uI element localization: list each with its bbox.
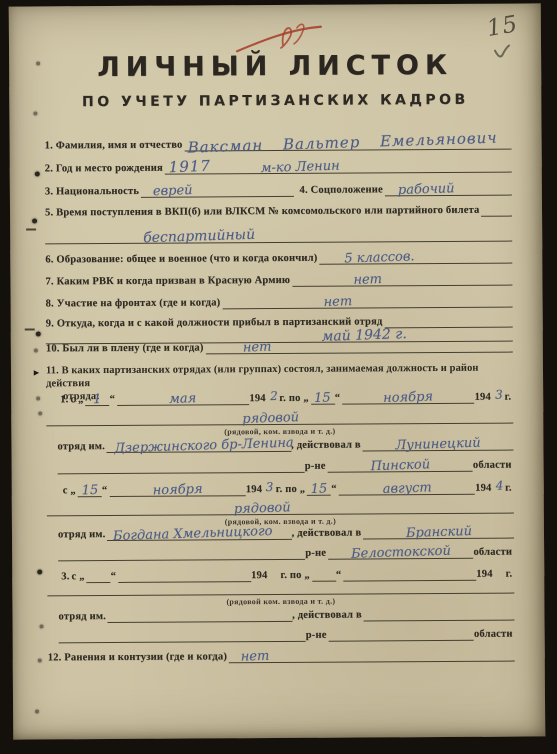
field-education: 6. Образование: общее и военное (что и к… [45,250,512,267]
field-birth: 2. Год и место рождения 1917 м-ко Ленин [45,159,512,176]
field-rvk-label: 7. Каким РВК и когда призван в Красную А… [45,275,292,288]
blank-line: нет [229,649,515,664]
field-party: 5. Время поступления в ВКП(б) или ВЛКСМ … [45,203,512,220]
handwritten-to-day: 15 [311,482,328,496]
blank-line [329,640,474,642]
handwritten-rvk: нет [354,273,383,287]
blank-line [364,620,515,622]
punch-hole [34,348,38,352]
handwritten-role: рядовой [233,501,290,516]
handwritten-to-year-digit: 4 [495,480,503,492]
punch-hole [36,331,41,336]
handwritten-unit: Дзержинского бр-Ленина [114,437,294,456]
margin-arrow-mark: ► [32,367,41,377]
blank-line: ноября [109,483,246,497]
field-social-label: 4. Соцположение [300,185,385,197]
blank-line: Бранский [363,526,514,540]
blank-line: беспартийный [45,228,512,245]
handwritten-to-year-digit: 3 [495,389,503,401]
handwritten-from-year-digit: 3 [266,481,274,493]
year-printed: 194 [249,394,267,406]
margin-dash-mark [26,228,36,230]
district-label: р-не [305,548,328,560]
handwritten-to-month: ноября [383,390,433,405]
handwritten-wounds: нет [240,650,269,664]
district-label: р-не [305,461,328,473]
role-caption: (рядовой ком. взвода и т. д.) [47,596,514,608]
field-fullname-label: 1. Фамилия, имя и отчество [45,140,185,152]
blank-line [59,641,306,644]
handwritten-district: Белостокской [351,545,451,561]
handwritten-to-day: 15 [314,391,331,405]
blank-line: 5 классов. [319,251,512,265]
entry3-district-row: р-не области [59,627,515,644]
entry3-unit-row: отряд им. , действовал в [58,607,514,624]
blank-line: Ваксман Вальтер Емельянович [184,135,511,152]
handwritten-fullname: Ваксман Вальтер Емельянович [188,131,498,156]
day-slot: 15 [311,392,335,405]
oblast-label: области [473,547,514,559]
punch-hole [36,396,40,400]
punch-hole [38,411,42,415]
handwritten-birth-place: м-ко Ленин [260,160,339,176]
acted-label: , действовал в [292,528,364,540]
oblast-label: области [474,629,515,641]
entry1-role-row: рядовой [46,410,513,427]
punch-hole [40,624,44,628]
to-open: г. по „ [279,393,310,405]
field-wounds-label: 12. Ранения и контузии (где и когда) [48,652,229,665]
blank-line: рядовой [46,411,513,427]
blank-line: рядовой [47,501,514,517]
field-nationality-social: 3. Национальность еврей 4. Соцположение … [45,182,512,199]
handwritten-nationality: еврей [153,184,193,198]
handwritten-from-year-digit: 2 [270,390,278,402]
punch-hole [32,218,37,223]
from-open: с „ [63,486,78,498]
scan-background: 15 ЛИЧНЫЙ ЛИСТОК ПО УЧЕТУ ПАРТИЗАНСКИХ К… [0,0,557,754]
field-party-value-row: беспартийный [45,228,512,245]
acted-label: , действовал в [292,610,364,622]
unit-label: отряд им. [58,612,108,624]
field-wounds: 12. Ранения и контузии (где и когда) нет [48,648,515,665]
unit-label: отряд им. [58,530,108,542]
entry1-dates: 1. с „ 1 “ мая 194 2 г. по „ 15 “ ноября… [60,390,513,407]
handwritten-from-day: 15 [81,484,98,498]
blank-line: Дзержинского бр-Ленина [107,439,291,453]
blank-line [58,472,305,475]
field-education-label: 6. Образование: общее и военное (что и к… [45,253,319,266]
blank-line: 1917 м-ко Ленин [165,158,512,175]
entry1-district-row: р-не Пинской области [58,458,514,475]
handwritten-from-day: 1 [93,393,102,406]
entry1-index: 1. [60,395,70,407]
blank-line: август [339,482,476,496]
punch-hole [33,111,37,115]
unit-label: отряд им. [57,442,107,454]
to-open: г. по „ [276,484,307,496]
handwritten-role: рядовой [242,411,299,426]
handwritten-captivity: нет [242,341,271,355]
document-title: ЛИЧНЫЙ ЛИСТОК [9,49,541,83]
punch-hole [36,61,40,65]
blank-line: нет [222,295,512,310]
punch-hole [38,658,42,662]
handwritten-social: рабочий [397,182,454,197]
acted-label: , действовал в [291,440,363,452]
quote-close: “ [102,486,110,498]
year-printed: 194 [475,483,493,495]
punch-hole [35,171,40,176]
handwritten-party-status: беспартийный [143,228,255,246]
entry2-role-row: рядовой [47,500,514,517]
blank-line: еврей [141,184,294,198]
blank-line: Белостокской [328,546,473,560]
district-label: р-не [306,630,329,642]
field-nationality-label: 3. Национальность [45,186,141,198]
field-fronts-label: 8. Участие на фронтах (где и когда) [46,298,223,311]
blank-line: Пинской [328,459,473,473]
punch-hole [35,709,39,713]
field-party-label: 5. Время поступления в ВКП(б) или ВЛКСМ … [45,205,482,219]
handwritten-from-month: мая [169,392,197,406]
handwritten-fronts: нет [324,295,353,309]
entry2-unit-row: отряд им. Богдана Хмельницкого , действо… [58,525,514,542]
field-rvk: 7. Каким РВК и когда призван в Красную А… [45,272,512,289]
handwritten-unit: Богдана Хмельницкого [113,525,273,543]
document-paper: 15 ЛИЧНЫЙ ЛИСТОК ПО УЧЕТУ ПАРТИЗАНСКИХ К… [9,3,545,739]
handwritten-birth-year: 1917 [168,159,211,175]
blank-line: рабочий [385,183,512,197]
page-number-pencil: 15 [485,11,520,42]
handwritten-education: 5 классов. [344,250,415,265]
blank-line: ноября [342,391,474,405]
quote-close: “ [335,393,343,405]
field-birth-label: 2. Год и место рождения [45,163,165,175]
margin-dash-mark [25,328,35,330]
handwritten-to-month: август [382,481,431,496]
handwritten-acted-in: Лунинецкий [395,437,481,453]
punch-hole [37,569,42,574]
entry1-unit-row: отряд им. Дзержинского бр-Ленина , дейст… [57,437,513,454]
entry2-dates: с „ 15 “ ноября 194 3 г. по „ 15 “ авгус… [61,481,514,498]
day-slot: 1 [86,393,110,406]
blank-line [482,216,513,217]
blank-line [108,621,292,623]
field-captivity: 10. Был ли в плену (где и когда) нет [46,339,513,356]
handwritten-acted-in: Бранский [405,525,471,540]
entry3-role-row [47,580,514,597]
blank-line: Лунинецкий [363,438,514,452]
blank-line: мая [117,392,249,406]
g-label: г. [505,392,514,404]
quote-close: “ [331,484,339,496]
year-printed: 194 [246,485,264,497]
document-subtitle: ПО УЧЕТУ ПАРТИЗАНСКИХ КАДРОВ [9,91,541,110]
quote-close: “ [110,394,118,406]
handwritten-from-month: ноября [152,483,202,498]
from-open: с „ [70,395,85,407]
field-units-label: 11. В каких партизанских отрядах (или гр… [46,363,479,390]
day-slot: 15 [307,483,331,496]
blank-line: нет [205,340,512,355]
handwritten-district: Пинской [370,458,430,473]
year-printed: 194 [475,392,493,404]
blank-line [58,559,305,562]
entry2-district-row: р-не Белостокской области [58,545,514,562]
field-fullname: 1. Фамилия, имя и отчество Ваксман Вальт… [45,136,512,153]
day-slot: 15 [78,484,102,497]
field-captivity-label: 10. Был ли в плену (где и когда) [46,343,206,355]
g-label: г. [505,483,514,495]
oblast-label: области [473,460,514,472]
blank-line: Богдана Хмельницкого [107,527,291,541]
field-fronts: 8. Участие на фронтах (где и когда) нет [46,294,513,311]
blank-line: нет [292,273,512,287]
